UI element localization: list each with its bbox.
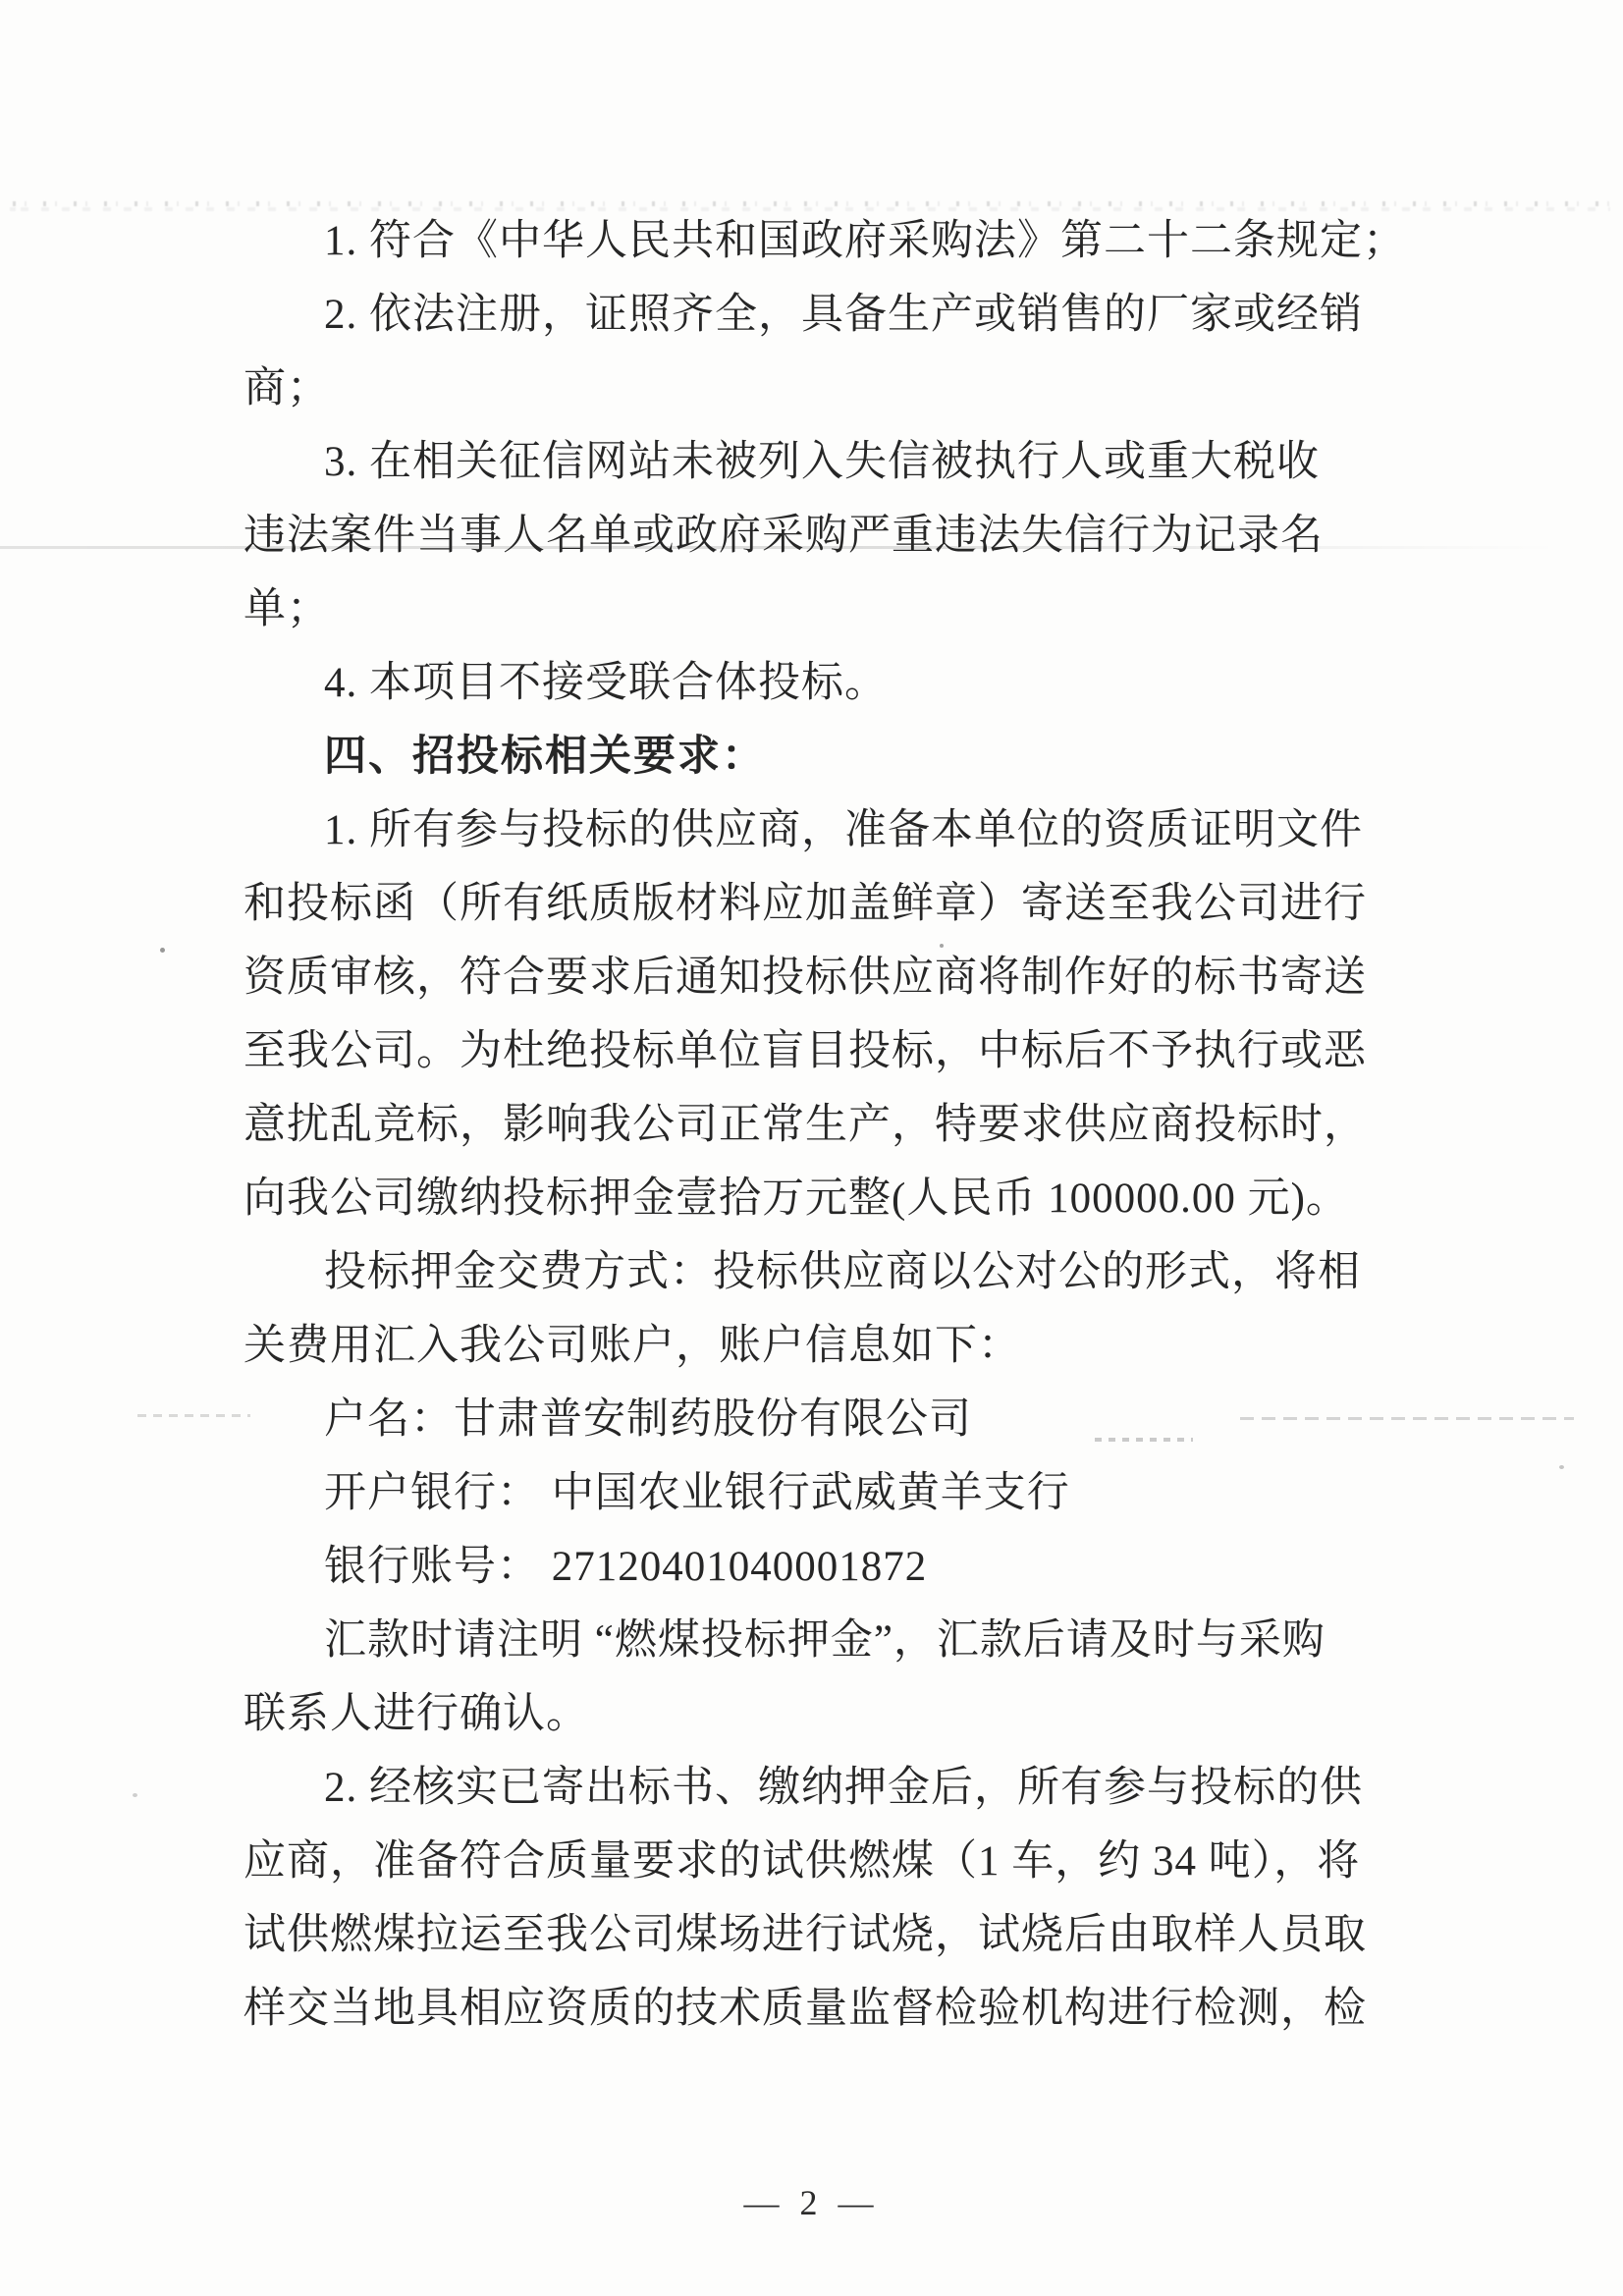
page-number: — 2 — [0,2182,1623,2223]
text-line: 单； [243,573,1461,646]
account-number-line: 银行账号： 27120401040001872 [243,1530,1461,1604]
text-line: 汇款时请注明 “燃煤投标押金”，汇款后请及时与采购 [243,1604,1461,1677]
text-line: 违法案件当事人名单或政府采购严重违法失信行为记录名 [243,499,1461,573]
text-line: 1. 符合《中华人民共和国政府采购法》第二十二条规定； [243,204,1461,278]
text-line: 商； [243,352,1461,425]
text-line: 应商，准备符合质量要求的试供燃煤（1 车，约 34 吨），将 [243,1825,1461,1898]
text-line: 投标押金交费方式：投标供应商以公对公的形式，将相 [243,1235,1461,1309]
text-line: 和投标函（所有纸质版材料应加盖鲜章）寄送至我公司进行 [243,867,1461,941]
text-line: 意扰乱竞标，影响我公司正常生产，特要求供应商投标时， [243,1088,1461,1162]
text-line: 2. 依法注册，证照齐全，具备生产或销售的厂家或经销 [243,278,1461,352]
scan-artifact-dot [1559,1465,1564,1469]
account-name-line: 户名：甘肃普安制药股份有限公司 [243,1383,1461,1456]
text-line: 样交当地具相应资质的技术质量监督检验机构进行检测，检 [243,1972,1461,2046]
scan-artifact-dot [133,1793,137,1797]
bank-name-line: 开户银行： 中国农业银行武威黄羊支行 [243,1456,1461,1530]
scan-artifact-streak [137,1414,250,1417]
section-heading: 四、招投标相关要求： [243,720,1461,793]
text-line: 1. 所有参与投标的供应商，准备本单位的资质证明文件 [243,793,1461,867]
text-line: 试供燃煤拉运至我公司煤场进行试烧，试烧后由取样人员取 [243,1898,1461,1972]
scan-artifact-dot [160,948,165,953]
text-line: 4. 本项目不接受联合体投标。 [243,646,1461,720]
scanned-document-page: 1. 符合《中华人民共和国政府采购法》第二十二条规定； 2. 依法注册，证照齐全… [0,0,1623,2296]
text-line: 联系人进行确认。 [243,1677,1461,1751]
text-line: 关费用汇入我公司账户，账户信息如下： [243,1309,1461,1383]
document-body: 1. 符合《中华人民共和国政府采购法》第二十二条规定； 2. 依法注册，证照齐全… [243,204,1461,2046]
text-line: 向我公司缴纳投标押金壹拾万元整(人民币 100000.00 元)。 [243,1162,1461,1235]
text-line: 至我公司。为杜绝投标单位盲目投标，中标后不予执行或恶 [243,1014,1461,1088]
text-line: 资质审核，符合要求后通知投标供应商将制作好的标书寄送 [243,941,1461,1014]
text-line: 2. 经核实已寄出标书、缴纳押金后，所有参与投标的供 [243,1751,1461,1825]
text-line: 3. 在相关征信网站未被列入失信被执行人或重大税收 [243,425,1461,499]
